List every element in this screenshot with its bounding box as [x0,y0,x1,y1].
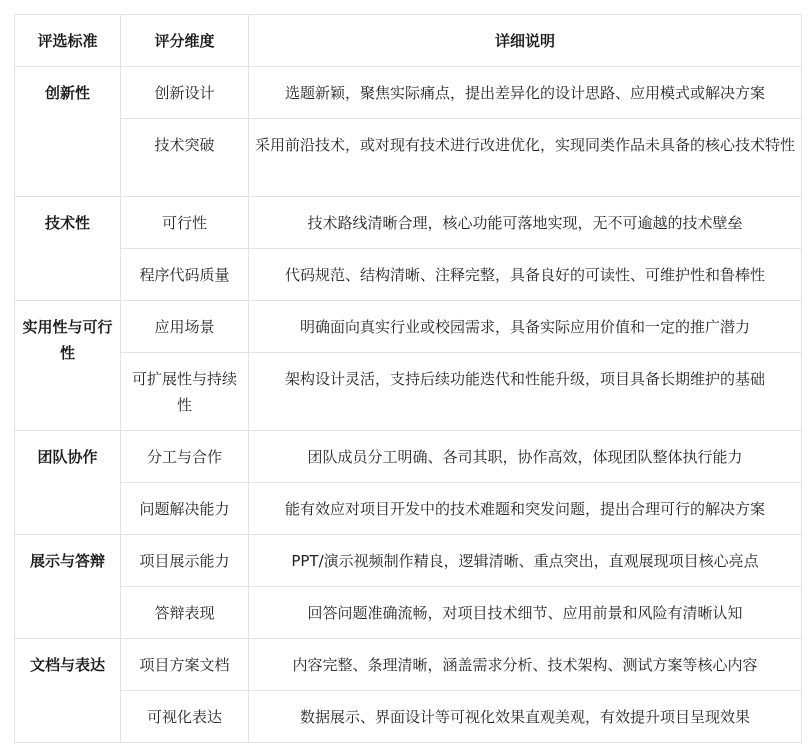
table-header-row: 评选标准 评分维度 详细说明 [15,15,802,67]
dimension-cell: 可视化表达 [121,691,249,743]
evaluation-criteria-table: 评选标准 评分维度 详细说明 创新性 创新设计 选题新颖，聚焦实际痛点，提出差异… [14,14,802,743]
table-row: 程序代码质量 代码规范、结构清晰、注释完整，具备良好的可读性、可维护性和鲁棒性 [15,249,802,301]
table-row: 可视化表达 数据展示、界面设计等可视化效果直观美观，有效提升项目呈现效果 [15,691,802,743]
table-row: 团队协作 分工与合作 团队成员分工明确、各司其职，协作高效，体现团队整体执行能力 [15,431,802,483]
category-cell: 创新性 [15,67,121,197]
table-row: 技术突破 采用前沿技术，或对现有技术进行改进优化，实现同类作品未具备的核心技术特… [15,119,802,197]
description-cell: 能有效应对项目开发中的技术难题和突发问题，提出合理可行的解决方案 [249,483,802,535]
description-cell: 明确面向真实行业或校园需求，具备实际应用价值和一定的推广潜力 [249,301,802,353]
dimension-cell: 技术突破 [121,119,249,197]
table-row: 文档与表达 项目方案文档 内容完整、条理清晰，涵盖需求分析、技术架构、测试方案等… [15,639,802,691]
description-cell: 选题新颖，聚焦实际痛点，提出差异化的设计思路、应用模式或解决方案 [249,67,802,119]
dimension-cell: 程序代码质量 [121,249,249,301]
description-cell: 采用前沿技术，或对现有技术进行改进优化，实现同类作品未具备的核心技术特性 [249,119,802,197]
category-cell: 文档与表达 [15,639,121,743]
dimension-cell: 问题解决能力 [121,483,249,535]
dimension-cell: 分工与合作 [121,431,249,483]
category-cell: 实用性与可行性 [15,301,121,431]
dimension-cell: 应用场景 [121,301,249,353]
dimension-cell: 项目方案文档 [121,639,249,691]
dimension-cell: 可扩展性与持续性 [121,353,249,431]
header-criteria: 评选标准 [15,15,121,67]
description-cell: 数据展示、界面设计等可视化效果直观美观，有效提升项目呈现效果 [249,691,802,743]
dimension-cell: 项目展示能力 [121,535,249,587]
description-cell: 内容完整、条理清晰，涵盖需求分析、技术架构、测试方案等核心内容 [249,639,802,691]
table-row: 展示与答辩 项目展示能力 PPT/演示视频制作精良，逻辑清晰、重点突出，直观展现… [15,535,802,587]
dimension-cell: 创新设计 [121,67,249,119]
description-cell: 回答问题准确流畅，对项目技术细节、应用前景和风险有清晰认知 [249,587,802,639]
description-cell: 团队成员分工明确、各司其职，协作高效，体现团队整体执行能力 [249,431,802,483]
table-row: 创新性 创新设计 选题新颖，聚焦实际痛点，提出差异化的设计思路、应用模式或解决方… [15,67,802,119]
dimension-cell: 可行性 [121,197,249,249]
description-cell: 技术路线清晰合理，核心功能可落地实现，无不可逾越的技术壁垒 [249,197,802,249]
description-cell: PPT/演示视频制作精良，逻辑清晰、重点突出，直观展现项目核心亮点 [249,535,802,587]
header-dimension: 评分维度 [121,15,249,67]
category-cell: 展示与答辩 [15,535,121,639]
table-row: 实用性与可行性 应用场景 明确面向真实行业或校园需求，具备实际应用价值和一定的推… [15,301,802,353]
description-cell: 代码规范、结构清晰、注释完整，具备良好的可读性、可维护性和鲁棒性 [249,249,802,301]
header-description: 详细说明 [249,15,802,67]
table-row: 技术性 可行性 技术路线清晰合理，核心功能可落地实现，无不可逾越的技术壁垒 [15,197,802,249]
category-cell: 技术性 [15,197,121,301]
table-row: 问题解决能力 能有效应对项目开发中的技术难题和突发问题，提出合理可行的解决方案 [15,483,802,535]
category-cell: 团队协作 [15,431,121,535]
table-row: 可扩展性与持续性 架构设计灵活，支持后续功能迭代和性能升级，项目具备长期维护的基… [15,353,802,431]
description-cell: 架构设计灵活，支持后续功能迭代和性能升级，项目具备长期维护的基础 [249,353,802,431]
dimension-cell: 答辩表现 [121,587,249,639]
table-row: 答辩表现 回答问题准确流畅，对项目技术细节、应用前景和风险有清晰认知 [15,587,802,639]
